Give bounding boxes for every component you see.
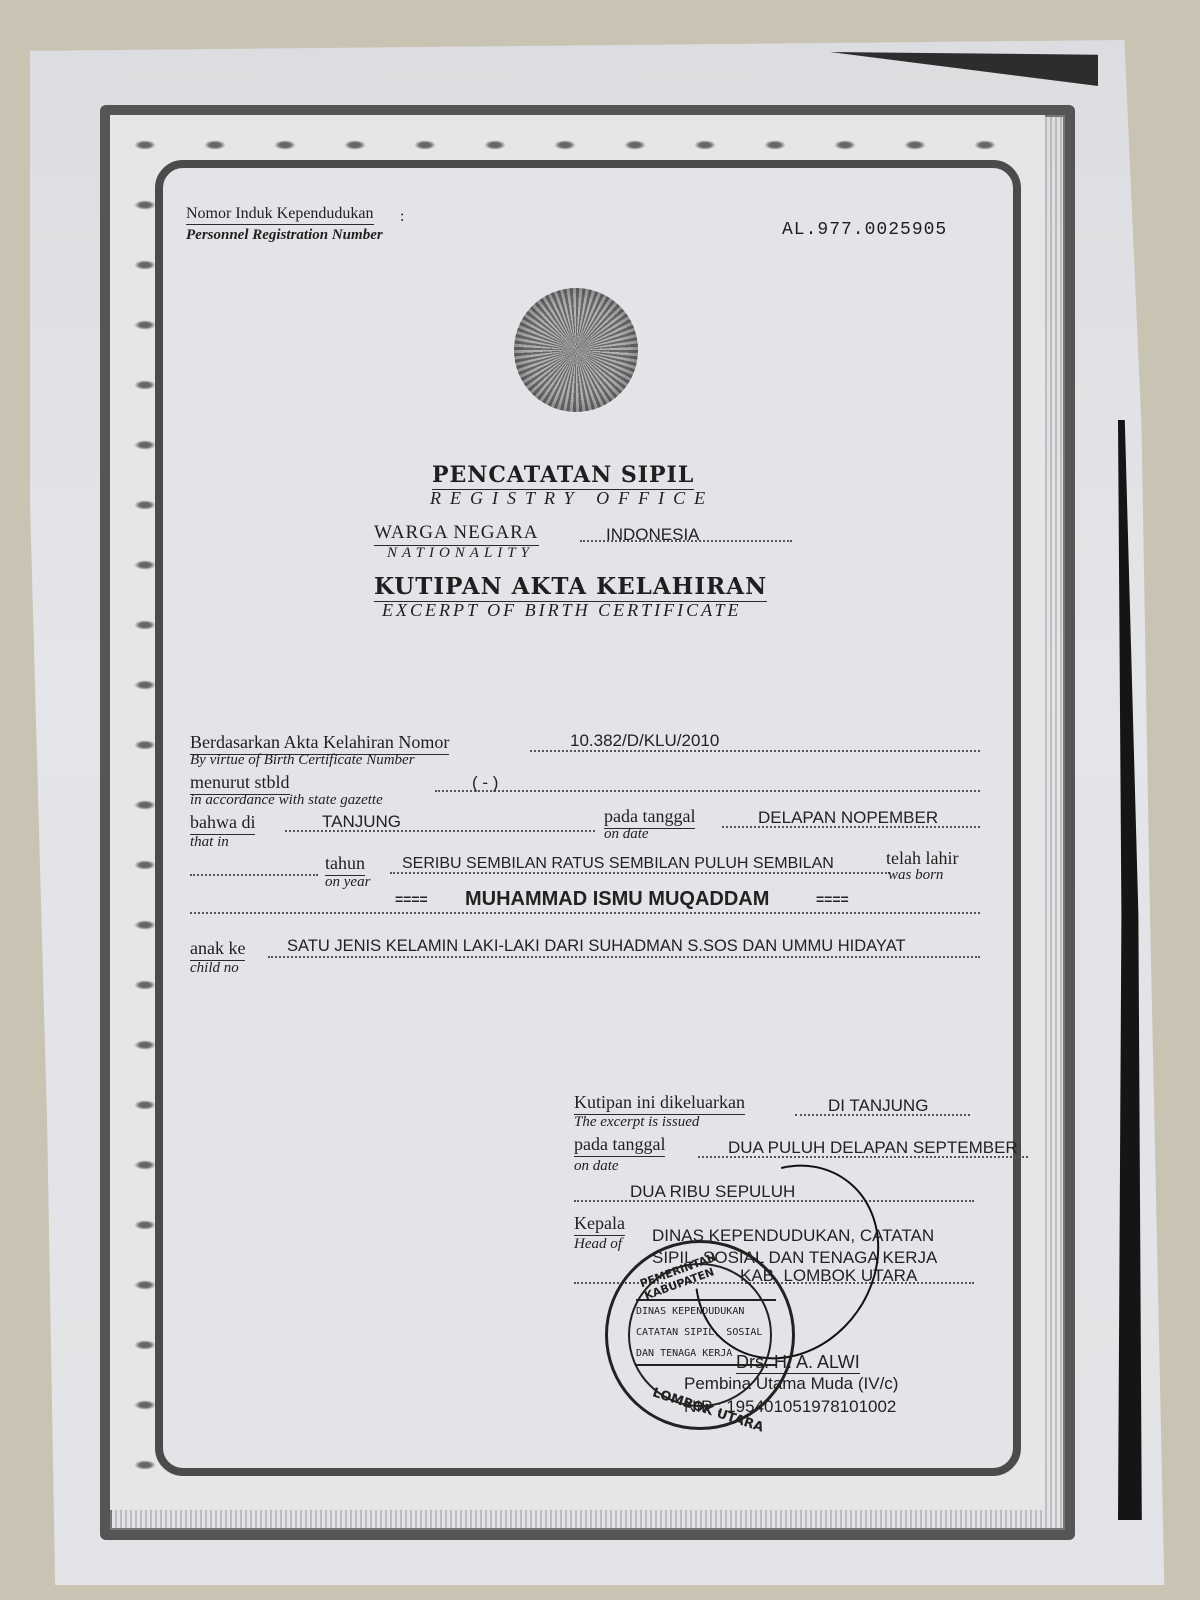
year-leading-dotted-line: [190, 874, 318, 876]
born-label-en: was born: [888, 867, 943, 884]
state-gazette-dotted-line: [435, 790, 980, 792]
birth-place-label-en: that in: [190, 834, 229, 851]
child-no-value: SATU JENIS KELAMIN LAKI-LAKI DARI SUHADM…: [287, 937, 906, 956]
nationality-label-id: WARGA NEGARA: [374, 522, 539, 546]
head-of-label-id: Kepala: [574, 1213, 625, 1236]
birth-year-value: SERIBU SEMBILAN RATUS SEMBILAN PULUH SEM…: [402, 855, 834, 873]
certificate-number-value: 10.382/D/KLU/2010: [570, 731, 719, 751]
child-no-label-id: anak ke: [190, 938, 245, 961]
name-decoration-right: ====: [816, 891, 849, 907]
registration-label-id: Nomor Induk Kependudukan: [186, 205, 374, 225]
birth-year-label-en: on year: [325, 874, 370, 891]
name-dotted-line: [190, 912, 980, 914]
office-title: PENCATATAN SIPIL: [432, 462, 694, 490]
name-decoration-left: ====: [395, 891, 428, 907]
stamp-inner-line-2: CATATAN SIPIL, SOSIAL: [636, 1322, 776, 1343]
certificate-title: KUTIPAN AKTA KELAHIRAN: [374, 573, 767, 602]
issue-date-value: DUA PULUH DELAPAN SEPTEMBER: [728, 1138, 1018, 1158]
stamp-inner-line-1: DINAS KEPENDUDUKAN: [636, 1301, 776, 1322]
office-title-en: REGISTRY OFFICE: [430, 488, 714, 509]
birth-place-value: TANJUNG: [322, 812, 401, 832]
national-emblem-icon: [514, 288, 638, 412]
birth-date-label-en: on date: [604, 826, 649, 843]
birth-year-label-id: tahun: [325, 853, 365, 876]
certificate-number-label-en: By virtue of Birth Certificate Number: [190, 752, 415, 769]
issue-date-label-en: on date: [574, 1158, 619, 1175]
nationality-value: INDONESIA: [606, 525, 700, 545]
signatory-name: Drs. H. A. ALWI: [736, 1352, 860, 1374]
issued-at-label-en: The excerpt is issued: [574, 1114, 699, 1131]
state-gazette-label-en: in accordance with state gazette: [190, 792, 383, 809]
registration-label-en: Personnel Registration Number: [186, 227, 383, 244]
certificate-title-en: EXCERPT OF BIRTH CERTIFICATE: [382, 600, 741, 621]
nationality-label-en: NATIONALITY: [387, 545, 534, 562]
registration-number: AL.977.0025905: [782, 220, 947, 240]
child-no-label-en: child no: [190, 960, 239, 977]
issued-at-value: DI TANJUNG: [828, 1096, 928, 1116]
child-name: MUHAMMAD ISMU MUQADDAM: [465, 888, 769, 911]
signatory-nip: NIP : 195401051978101002: [684, 1397, 896, 1417]
issued-at-label-id: Kutipan ini dikeluarkan: [574, 1092, 745, 1115]
head-of-label-en: Head of: [574, 1236, 622, 1253]
issue-date-label-id: pada tanggal: [574, 1134, 665, 1157]
state-gazette-value: ( - ): [472, 773, 498, 793]
signatory-rank: Pembina Utama Muda (IV/c): [684, 1374, 898, 1394]
birth-place-label-id: bahwa di: [190, 812, 255, 835]
birth-date-value: DELAPAN NOPEMBER: [758, 808, 938, 828]
child-no-dotted-line: [268, 956, 980, 958]
born-label-id: telah lahir: [886, 848, 958, 869]
registration-colon: :: [400, 208, 404, 226]
